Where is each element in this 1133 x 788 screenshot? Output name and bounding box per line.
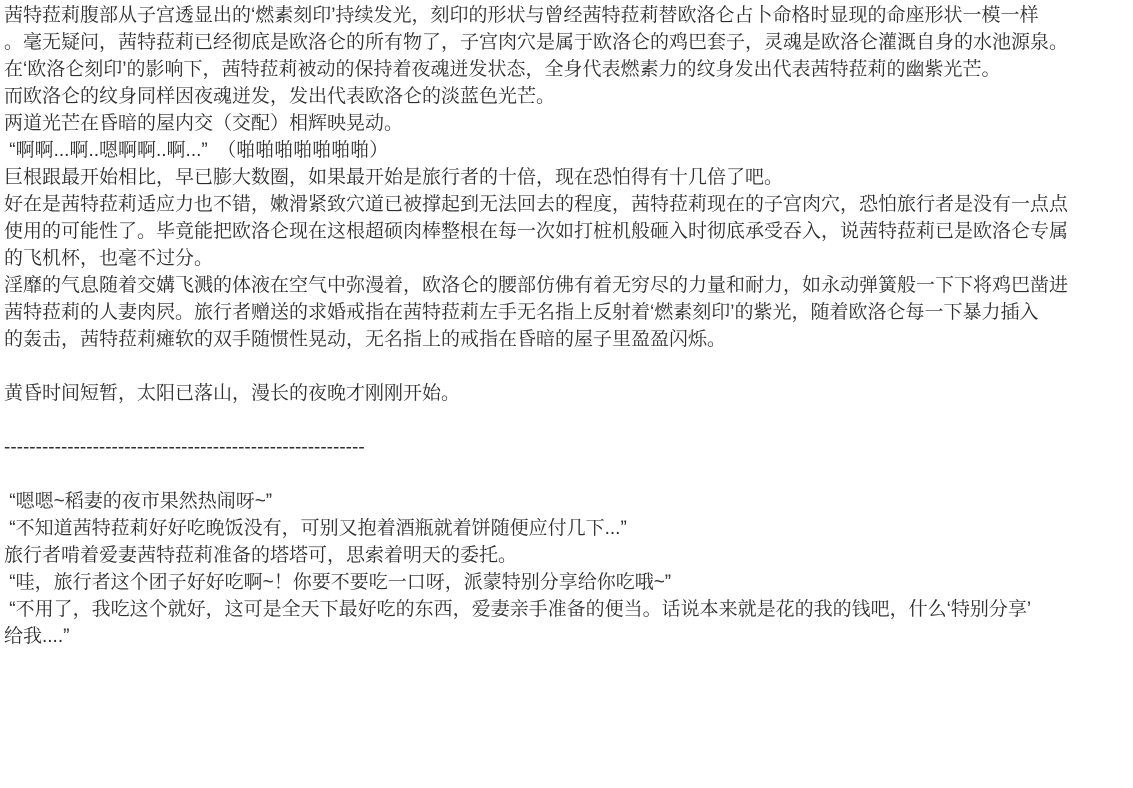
text-line: “不知道茜特菈莉好好吃晚饭没有，可别又抱着酒瓶就着饼随便应付几下...” xyxy=(4,515,1129,542)
text-line: 黄昏时间短暂，太阳已落山，漫长的夜晚才刚刚开始。 xyxy=(4,380,1129,407)
divider-line: ----------------------------------------… xyxy=(4,434,1129,461)
text-line: “嗯嗯~稻妻的夜市果然热闹呀~” xyxy=(4,488,1129,515)
blank-line xyxy=(4,353,1129,380)
text-line: 茜特菈莉腹部从子宫透显出的‘燃素刻印’持续发光，刻印的形状与曾经茜特菈莉替欧洛仑… xyxy=(4,2,1129,29)
blank-line xyxy=(4,461,1129,488)
text-line: 茜特菈莉的人妻肉屄。旅行者赠送的求婚戒指在茜特菈莉左手无名指上反射着‘燃素刻印’… xyxy=(4,299,1129,326)
text-line: “不用了，我吃这个就好，这可是全天下最好吃的东西，爱妻亲手准备的便当。话说本来就… xyxy=(4,596,1129,623)
text-line: “哇，旅行者这个团子好好吃啊~！你要不要吃一口呀，派蒙特别分享给你吃哦~” xyxy=(4,569,1129,596)
text-line: 的轰击，茜特菈莉瘫软的双手随惯性晃动，无名指上的戒指在昏暗的屋子里盈盈闪烁。 xyxy=(4,326,1129,353)
blank-line xyxy=(4,407,1129,434)
text-line: 。毫无疑问，茜特菈莉已经彻底是欧洛仑的所有物了，子宫肉穴是属于欧洛仑的鸡巴套子，… xyxy=(4,29,1129,56)
text-line: “啊啊...啊..嗯啊啊..啊...” （啪啪啪啪啪啪啪） xyxy=(4,137,1129,164)
text-line: 给我....” xyxy=(4,623,1129,650)
text-line: 的飞机杯，也毫不过分。 xyxy=(4,245,1129,272)
text-line: 在‘欧洛仑刻印’的影响下，茜特菈莉被动的保持着夜魂迸发状态，全身代表燃素力的纹身… xyxy=(4,56,1129,83)
text-line: 淫靡的气息随着交媾飞溅的体液在空气中弥漫着，欧洛仑的腰部仿佛有着无穷尽的力量和耐… xyxy=(4,272,1129,299)
text-line: 两道光芒在昏暗的屋内交（交配）相辉映晃动。 xyxy=(4,110,1129,137)
text-line: 而欧洛仑的纹身同样因夜魂迸发，发出代表欧洛仑的淡蓝色光芒。 xyxy=(4,83,1129,110)
text-line: 使用的可能性了。毕竟能把欧洛仑现在这根超硕肉棒整根在每一次如打桩机般砸入时彻底承… xyxy=(4,218,1129,245)
text-line: 巨根跟最开始相比，早已膨大数圈，如果最开始是旅行者的十倍，现在恐怕得有十几倍了吧… xyxy=(4,164,1129,191)
text-line: 旅行者啃着爱妻茜特菈莉准备的塔塔可，思索着明天的委托。 xyxy=(4,542,1129,569)
text-document: 茜特菈莉腹部从子宫透显出的‘燃素刻印’持续发光，刻印的形状与曾经茜特菈莉替欧洛仑… xyxy=(0,0,1133,788)
text-line: 好在是茜特菈莉适应力也不错，嫩滑紧致穴道已被撑起到无法回去的程度，茜特菈莉现在的… xyxy=(4,191,1129,218)
